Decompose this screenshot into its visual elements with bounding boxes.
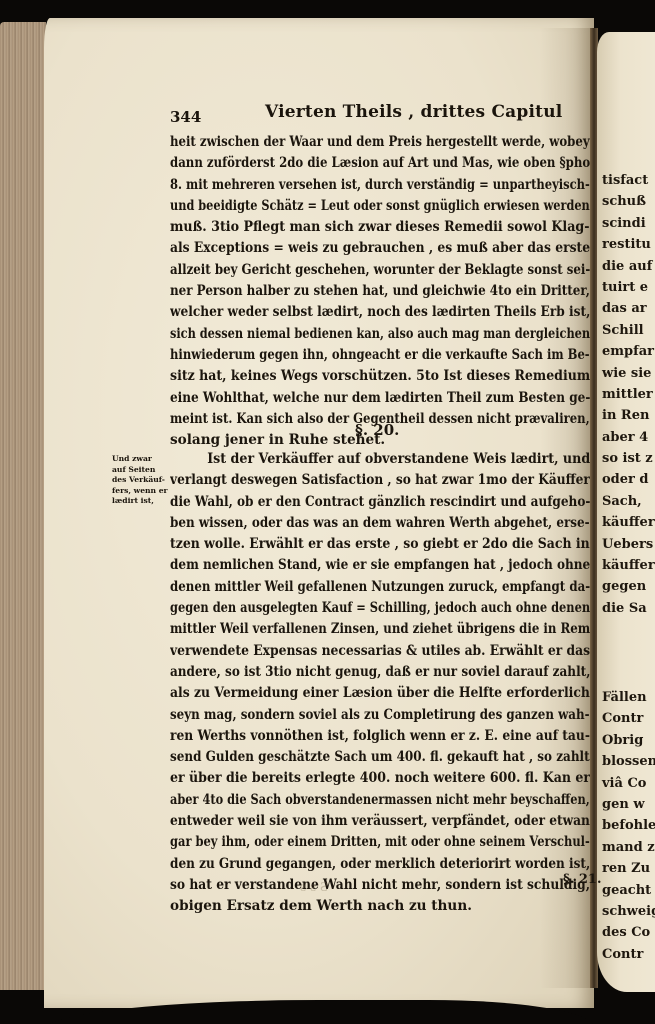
right-page-line: käuffer — [602, 512, 655, 533]
text-line: gar bey ihm, oder einem Dritten, mit ode… — [170, 832, 590, 853]
right-page-line: das ar — [602, 298, 655, 319]
text-line: dann zuförderst 2do die Læsion auf Art u… — [170, 153, 590, 174]
paragraph-1: heit zwischen der Waar und dem Preis her… — [170, 132, 590, 451]
text-line: die Wahl, ob er den Contract gänzlich re… — [170, 492, 590, 513]
catchword: §. 21. — [563, 872, 601, 887]
right-page-line: tuirt e — [602, 277, 655, 298]
right-page-line: Sach, — [602, 491, 655, 512]
right-page-line: tisfact — [602, 170, 655, 191]
right-page-line: blossen — [602, 751, 655, 772]
text-line: seyn mag, sondern soviel als zu Completi… — [170, 705, 590, 726]
bleed-through-signature: S s s — [300, 880, 328, 894]
right-page-line: gegen — [602, 576, 655, 597]
running-head: 344 Vierten Theils , drittes Capitul — [170, 102, 590, 126]
right-page-line: Fällen — [602, 687, 655, 708]
right-page-line: restitu — [602, 234, 655, 255]
right-page-line: Uebers — [602, 534, 655, 555]
text-line: als Exceptions = weis zu gebrauchen , es… — [170, 238, 590, 259]
right-page-line: in Ren — [602, 405, 655, 426]
text-line: eine Wohlthat, welche nur dem lædirten T… — [170, 388, 590, 409]
right-page-line: schweig — [602, 901, 655, 922]
right-page-line: Contr — [602, 708, 655, 729]
text-line: muß. 3tio Pflegt man sich zwar dieses Re… — [170, 217, 590, 238]
right-page-line: mand z — [602, 837, 655, 858]
right-page-line: ren Zu — [602, 858, 655, 879]
right-page-line: käuffer — [602, 555, 655, 576]
running-title: Vierten Theils , drittes Capitul — [265, 102, 562, 122]
text-line: ren Werths vonnöthen ist, folglich wenn … — [170, 726, 590, 747]
right-page-line: wie sie — [602, 363, 655, 384]
right-page-line: aber 4 — [602, 427, 655, 448]
right-page-line: die auf — [602, 256, 655, 277]
text-line: obigen Ersatz dem Werth nach zu thun. — [170, 896, 590, 917]
text-line: als zu Vermeidung einer Læsion über die … — [170, 683, 590, 704]
right-page-line: oder d — [602, 469, 655, 490]
text-line: 8. mit mehreren versehen ist, durch vers… — [170, 175, 590, 196]
right-page-line: des Co — [602, 922, 655, 943]
right-page-line: die Sa — [602, 598, 655, 619]
right-page-line: befohle — [602, 815, 655, 836]
text-line: verwendete Expensas necessarias & utiles… — [170, 641, 590, 662]
text-line: tzen wolle. Erwählt er das erste , so gi… — [170, 534, 590, 555]
text-line: welcher weder selbst lædirt, noch des læ… — [170, 302, 590, 323]
text-line: und beeidigte Schätz = Leut oder sonst g… — [170, 196, 590, 217]
right-page-line: scindi — [602, 213, 655, 234]
right-page-text-upper: tisfactschußscindirestitudie auftuirt ed… — [602, 170, 655, 619]
right-page-line: Schill — [602, 320, 655, 341]
text-line: dem nemlichen Stand, wie er sie empfange… — [170, 555, 590, 576]
right-page-text-lower: FällenContrObrigblossenviâ Cogen wbefohl… — [602, 687, 655, 965]
right-page-line: viâ Co — [602, 773, 655, 794]
text-line: verlangt deswegen Satisfaction , so hat … — [170, 470, 590, 491]
right-page-line: empfar — [602, 341, 655, 362]
right-page-line: gen w — [602, 794, 655, 815]
section-heading: §. 20. — [355, 421, 399, 439]
right-page-line: schuß — [602, 191, 655, 212]
text-line: aber 4to die Sach obverstandenermassen n… — [170, 790, 590, 811]
text-line: den zu Grund gegangen, oder merklich det… — [170, 854, 590, 875]
right-page: tisfactschußscindirestitudie auftuirt ed… — [597, 32, 655, 992]
text-line: sitz hat, keines Wegs vorschützen. 5to I… — [170, 366, 590, 387]
text-line: entweder weil sie von ihm veräussert, ve… — [170, 811, 590, 832]
text-line: gegen den ausgelegten Kauf = Schilling, … — [170, 598, 590, 619]
text-line: allzeit bey Gericht geschehen, worunter … — [170, 260, 590, 281]
text-line: er über die bereits erlegte 400. noch we… — [170, 768, 590, 789]
text-line: sich dessen niemal bedienen kan, also au… — [170, 324, 590, 345]
paragraph-2: Ist der Verkäuffer auf obverstandene Wei… — [170, 449, 590, 918]
text-line: send Gulden geschätzte Sach um 400. fl. … — [170, 747, 590, 768]
right-page-line: Obrig — [602, 730, 655, 751]
page-edges — [0, 22, 46, 990]
text-line: hinwiederum gegen ihn, ohngeacht er die … — [170, 345, 590, 366]
text-line: ner Person halber zu stehen hat, und gle… — [170, 281, 590, 302]
text-line: denen mittler Weil gefallenen Nutzungen … — [170, 577, 590, 598]
text-line: mittler Weil verfallenen Zinsen, und zie… — [170, 619, 590, 640]
text-line: heit zwischen der Waar und dem Preis her… — [170, 132, 590, 153]
text-line: ben wissen, oder das was an dem wahren W… — [170, 513, 590, 534]
text-line: Ist der Verkäuffer auf obverstandene Wei… — [170, 449, 627, 470]
text-line: so hat er verstandene Wahl nicht mehr, s… — [170, 875, 590, 896]
right-page-line: geacht — [602, 880, 655, 901]
right-page-line: Contr — [602, 944, 655, 965]
text-line: andere, so ist 3tio nicht genug, daß er … — [170, 662, 590, 683]
page-number: 344 — [170, 108, 201, 126]
right-page-line: mittler — [602, 384, 655, 405]
